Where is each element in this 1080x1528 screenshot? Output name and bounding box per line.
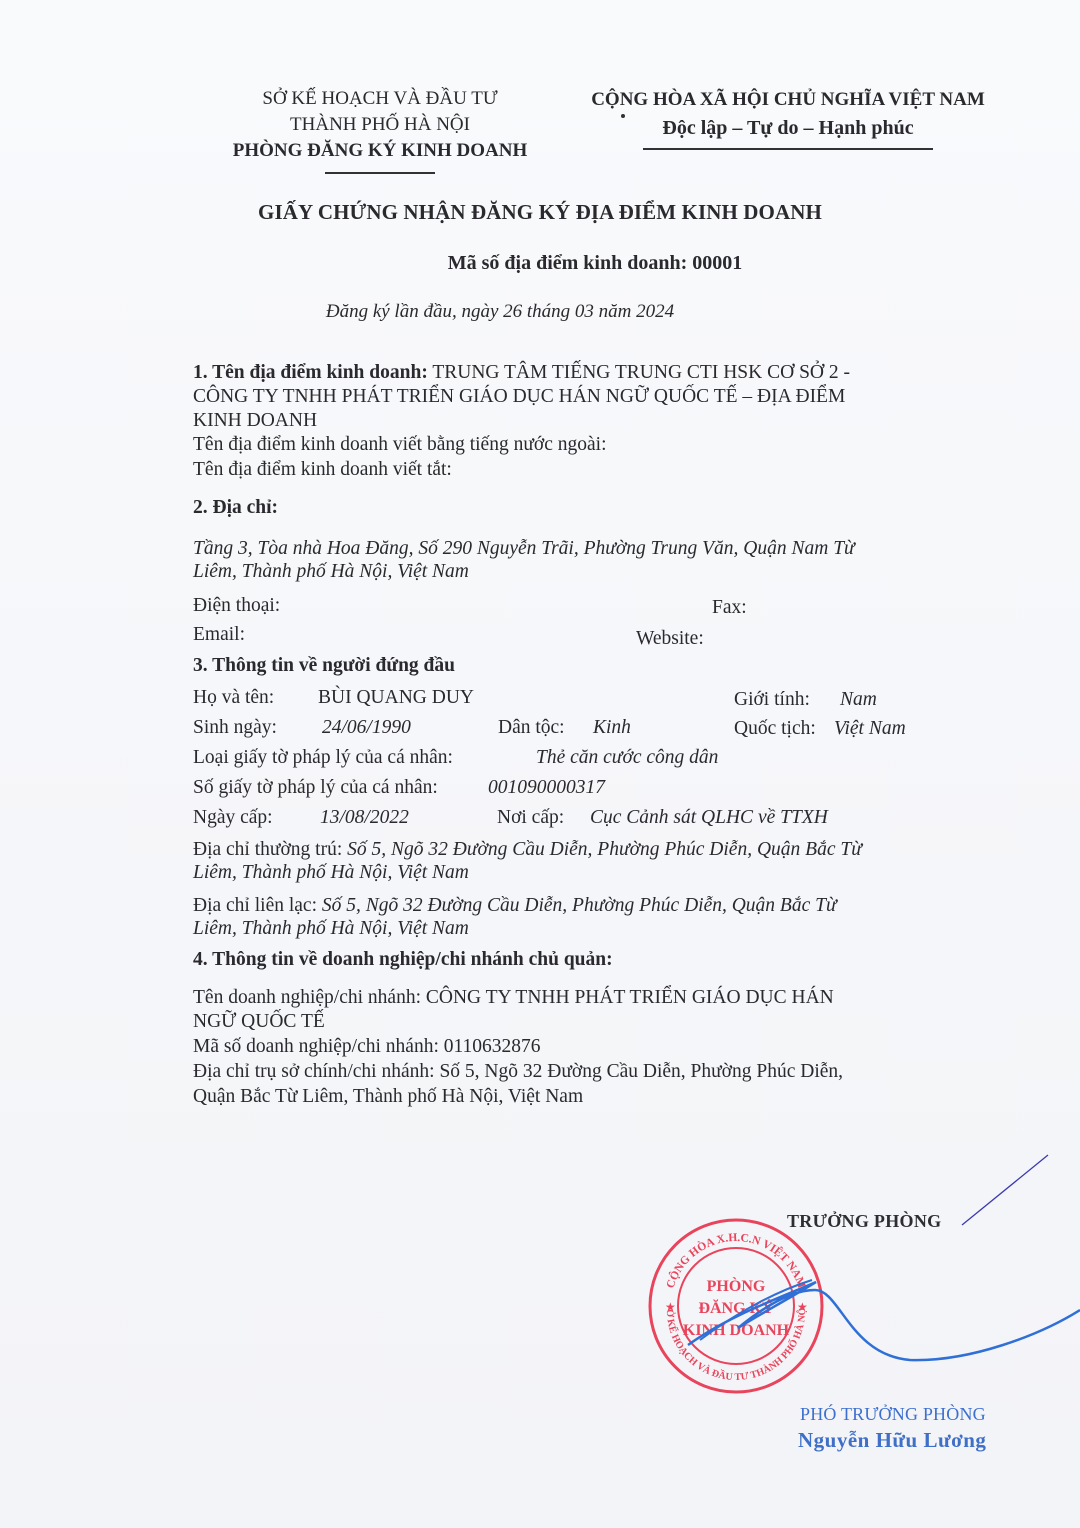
permanent-address-line-1: Địa chỉ thường trú: Số 5, Ngõ 32 Đường C… bbox=[193, 838, 862, 862]
section-3-heading: 3. Thông tin về người đứng đầu bbox=[193, 654, 455, 678]
hq-address-value-2: Quận Bắc Từ Liêm, Thành phố Hà Nội, Việt… bbox=[193, 1085, 583, 1109]
section-4-heading: 4. Thông tin về doanh nghiệp/chi nhánh c… bbox=[193, 948, 613, 972]
issue-place-value: Cục Cảnh sát QLHC về TTXH bbox=[590, 806, 828, 830]
location-name-part-2: CÔNG TY TNHH PHÁT TRIỂN GIÁO DỤC HÁN NGỮ… bbox=[193, 385, 845, 409]
phone-label: Điện thoại: bbox=[193, 594, 280, 618]
ethnicity-value: Kinh bbox=[593, 716, 631, 740]
document-page: SỞ KẾ HOẠCH VÀ ĐẦU TƯ THÀNH PHỐ HÀ NỘI P… bbox=[0, 0, 1080, 1528]
issuing-authority-header: SỞ KẾ HOẠCH VÀ ĐẦU TƯ THÀNH PHỐ HÀ NỘI P… bbox=[200, 86, 560, 174]
national-motto: Độc lập – Tự do – Hạnh phúc bbox=[578, 114, 998, 142]
foreign-name-label: Tên địa điểm kinh doanh viết bằng tiếng … bbox=[193, 433, 607, 457]
header-divider bbox=[325, 172, 435, 174]
national-header: CỘNG HÒA XÃ HỘI CHỦ NGHĨA VIỆT NAM Độc l… bbox=[578, 86, 998, 150]
handwritten-signature-icon bbox=[640, 1150, 1080, 1410]
id-type-value: Thẻ căn cước công dân bbox=[536, 746, 718, 770]
fax-label: Fax: bbox=[712, 596, 747, 620]
permanent-address-value-2: Liêm, Thành phố Hà Nội, Việt Nam bbox=[193, 861, 469, 885]
section-2-heading: 2. Địa chỉ: bbox=[193, 496, 278, 520]
section-1-heading: 1. Tên địa điểm kinh doanh: bbox=[193, 362, 428, 383]
office-line: PHÒNG ĐĂNG KÝ KINH DOANH bbox=[200, 138, 560, 164]
id-number-label: Số giấy tờ pháp lý của cá nhân: bbox=[193, 776, 438, 800]
department-line: SỞ KẾ HOẠCH VÀ ĐẦU TƯ bbox=[200, 86, 560, 112]
address-line-2: Liêm, Thành phố Hà Nội, Việt Nam bbox=[193, 560, 469, 584]
contact-address-value-1: Số 5, Ngõ 32 Đường Cầu Diễn, Phường Phúc… bbox=[322, 895, 837, 916]
deputy-title: PHÓ TRƯỞNG PHÒNG bbox=[800, 1404, 986, 1425]
issue-date-label: Ngày cấp: bbox=[193, 806, 273, 830]
dob-label: Sinh ngày: bbox=[193, 716, 277, 740]
website-label: Website: bbox=[636, 627, 704, 651]
id-number-value: 001090000317 bbox=[488, 776, 605, 800]
nationality-value: Việt Nam bbox=[834, 717, 906, 741]
hq-address-line-1: Địa chỉ trụ sở chính/chi nhánh: Số 5, Ng… bbox=[193, 1060, 843, 1084]
tax-code-value: 0110632876 bbox=[444, 1036, 541, 1057]
hq-address-label: Địa chỉ trụ sở chính/chi nhánh: bbox=[193, 1061, 435, 1082]
contact-address-label: Địa chỉ liên lạc: bbox=[193, 895, 317, 916]
issue-date-value: 13/08/2022 bbox=[320, 806, 409, 830]
country-name: CỘNG HÒA XÃ HỘI CHỦ NGHĨA VIỆT NAM bbox=[578, 86, 998, 114]
document-title: GIẤY CHỨNG NHẬN ĐĂNG KÝ ĐỊA ĐIỂM KINH DO… bbox=[0, 200, 1080, 225]
ethnicity-label: Dân tộc: bbox=[498, 716, 565, 740]
registration-date: Đăng ký lần đầu, ngày 26 tháng 03 năm 20… bbox=[0, 301, 1000, 323]
hq-address-value-1: Số 5, Ngõ 32 Đường Cầu Diễn, Phường Phúc… bbox=[439, 1061, 843, 1082]
nationality-label: Quốc tịch: bbox=[734, 717, 816, 741]
section-1-line-1: 1. Tên địa điểm kinh doanh: TRUNG TÂM TI… bbox=[193, 361, 850, 385]
company-value-2: NGỮ QUỐC TẾ bbox=[193, 1010, 325, 1034]
tax-code-line: Mã số doanh nghiệp/chi nhánh: 0110632876 bbox=[193, 1035, 541, 1059]
company-line-1: Tên doanh nghiệp/chi nhánh: CÔNG TY TNHH… bbox=[193, 986, 834, 1010]
name-label: Họ và tên: bbox=[193, 686, 274, 710]
company-label: Tên doanh nghiệp/chi nhánh: bbox=[193, 987, 421, 1008]
email-label: Email: bbox=[193, 623, 245, 647]
location-name-part-1: TRUNG TÂM TIẾNG TRUNG CTI HSK CƠ SỞ 2 - bbox=[432, 362, 850, 383]
dob-value: 24/06/1990 bbox=[322, 716, 411, 740]
dot-mark bbox=[621, 114, 625, 118]
contact-address-line-1: Địa chỉ liên lạc: Số 5, Ngõ 32 Đường Cầu… bbox=[193, 894, 837, 918]
signer-name: Nguyễn Hữu Lương bbox=[798, 1428, 986, 1453]
short-name-label: Tên địa điểm kinh doanh viết tắt: bbox=[193, 458, 452, 482]
tax-code-label: Mã số doanh nghiệp/chi nhánh: bbox=[193, 1036, 439, 1057]
name-value: BÙI QUANG DUY bbox=[318, 686, 474, 710]
city-line: THÀNH PHỐ HÀ NỘI bbox=[200, 112, 560, 138]
contact-address-value-2: Liêm, Thành phố Hà Nội, Việt Nam bbox=[193, 917, 469, 941]
gender-label: Giới tính: bbox=[734, 688, 810, 712]
address-line-1: Tầng 3, Tòa nhà Hoa Đăng, Số 290 Nguyễn … bbox=[193, 537, 855, 561]
motto-divider bbox=[643, 148, 933, 150]
company-value-1: CÔNG TY TNHH PHÁT TRIỂN GIÁO DỤC HÁN bbox=[426, 987, 834, 1008]
location-code-label: Mã số địa điểm kinh doanh: bbox=[448, 252, 688, 274]
location-code: Mã số địa điểm kinh doanh: 00001 bbox=[0, 252, 1080, 275]
permanent-address-value-1: Số 5, Ngõ 32 Đường Cầu Diễn, Phường Phúc… bbox=[347, 839, 862, 860]
id-type-label: Loại giấy tờ pháp lý của cá nhân: bbox=[193, 746, 453, 770]
location-code-value: 00001 bbox=[692, 252, 742, 274]
location-name-part-3: KINH DOANH bbox=[193, 409, 317, 433]
issue-place-label: Nơi cấp: bbox=[497, 806, 564, 830]
gender-value: Nam bbox=[840, 688, 877, 712]
permanent-address-label: Địa chỉ thường trú: bbox=[193, 839, 342, 860]
